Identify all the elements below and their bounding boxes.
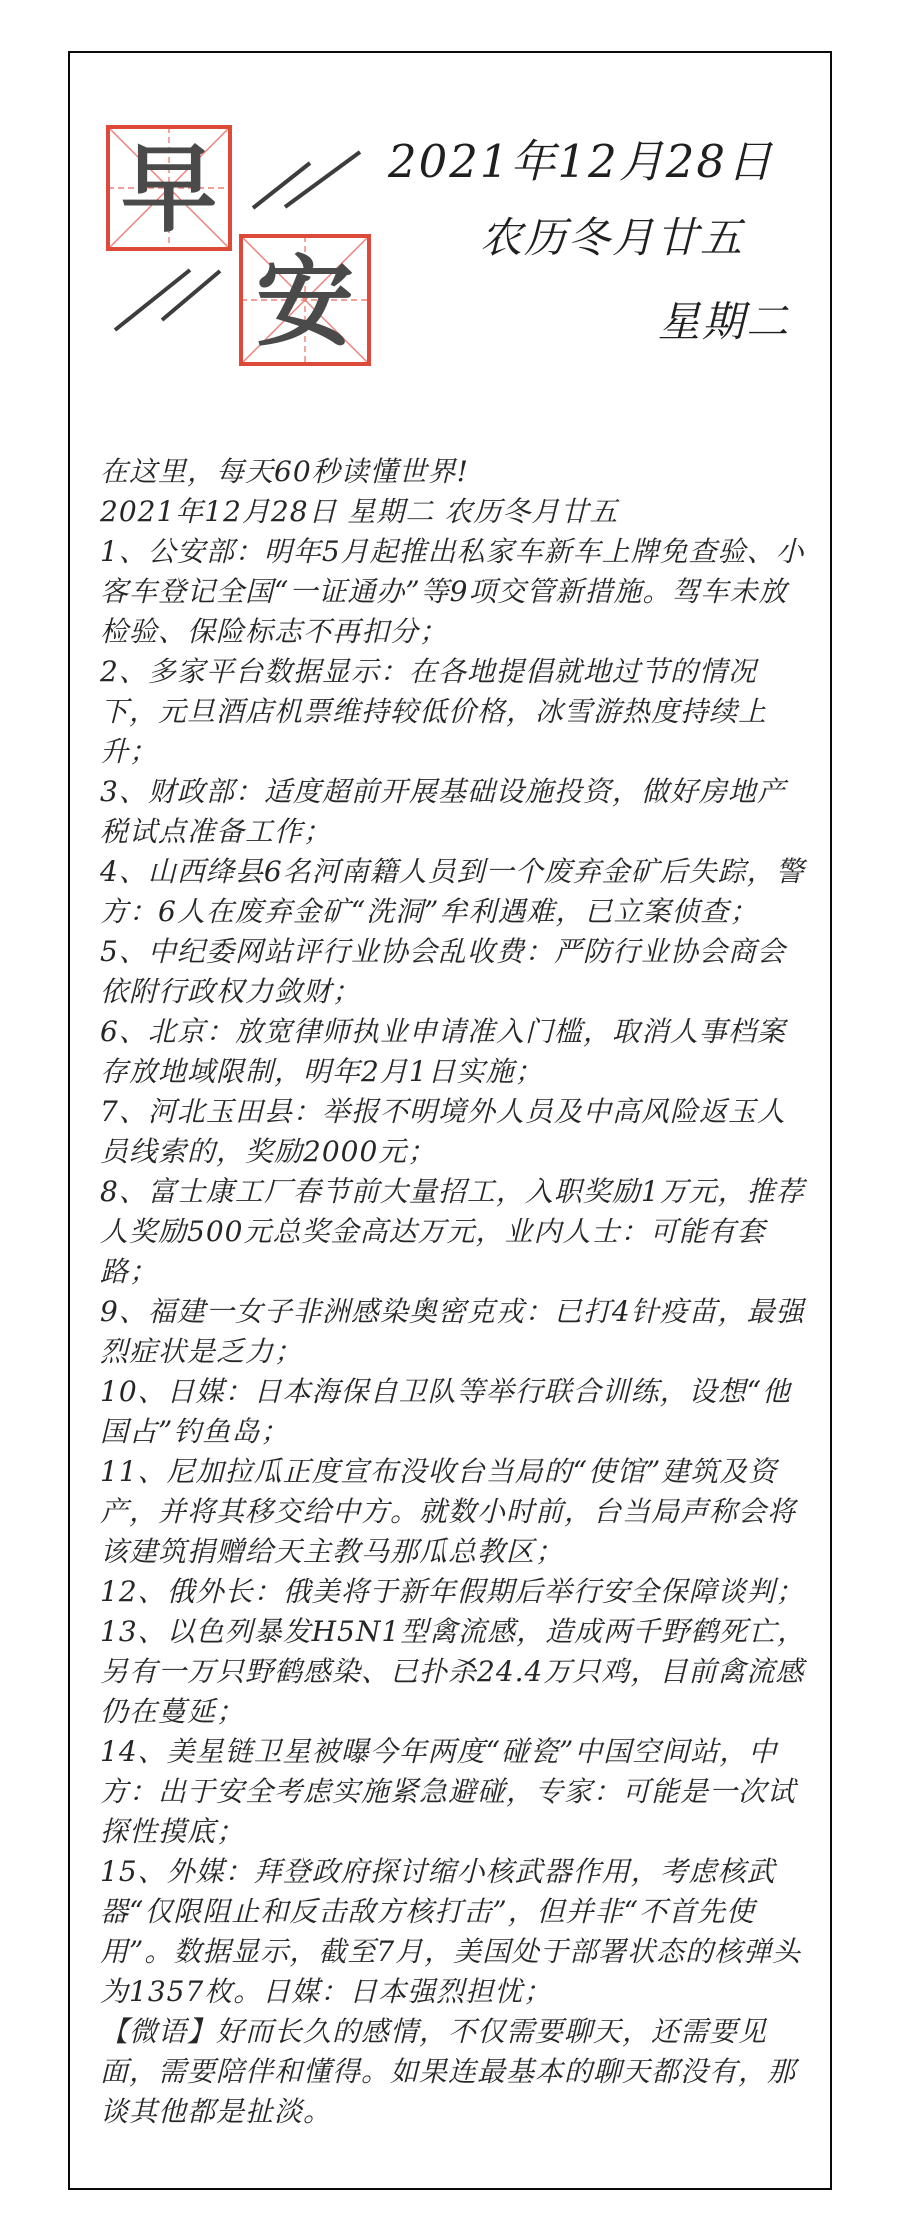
news-item: 12、俄外长：俄美将于新年假期后举行安全保障谈判；: [100, 1572, 812, 1612]
header-date-block: 2021年12月28日 农历冬月廿五 星期二: [300, 128, 792, 364]
news-item: 13、以色列暴发H5N1型禽流感，造成两千野鹤死亡，另有一万只野鹤感染、已扑杀2…: [100, 1612, 812, 1732]
header-lunar-date: 农历冬月廿五: [300, 196, 792, 280]
header-weekday: 星期二: [300, 280, 792, 364]
news-body: 在这里，每天60秒读懂世界! 2021年12月28日 星期二 农历冬月廿五 1、…: [100, 452, 812, 2132]
slash-marks-bottom: [115, 270, 220, 330]
news-item: 1、公安部：明年5月起推出私家车新车上牌免查验、小客车登记全国“一证通办”等9项…: [100, 532, 812, 652]
news-item: 2、多家平台数据显示：在各地提倡就地过节的情况下，元旦酒店机票维持较低价格，冰雪…: [100, 652, 812, 772]
page: 早 安 2021年12月28日 农历: [0, 0, 900, 2240]
body-date-line: 2021年12月28日 星期二 农历冬月廿五: [100, 492, 812, 532]
news-item: 9、福建一女子非洲感染奥密克戎：已打4针疫苗，最强烈症状是乏力；: [100, 1292, 812, 1372]
tianzige-box-zao: 早: [108, 127, 230, 249]
news-item: 15、外媒：拜登政府探讨缩小核武器作用，考虑核武器“仅限阻止和反击敌方核打击”，…: [100, 1852, 812, 2012]
header-date: 2021年12月28日: [300, 128, 792, 196]
news-item: 8、富士康工厂春节前大量招工，入职奖励1万元，推荐人奖励500元总奖金高达万元，…: [100, 1172, 812, 1292]
news-item: 4、山西绛县6名河南籍人员到一个废弃金矿后失踪，警方：6人在废弃金矿“洗洞”牟利…: [100, 852, 812, 932]
zao-character: 早: [121, 137, 217, 244]
news-item: 3、财政部：适度超前开展基础设施投资，做好房地产税试点准备工作；: [100, 772, 812, 852]
intro-line: 在这里，每天60秒读懂世界!: [100, 452, 812, 492]
news-item: 10、日媒：日本海保自卫队等举行联合训练，设想“他国占”钓鱼岛；: [100, 1372, 812, 1452]
weiyu-quote: 【微语】好而长久的感情，不仅需要聊天，还需要见面，需要陪伴和懂得。如果连最基本的…: [100, 2012, 812, 2132]
news-item: 7、河北玉田县：举报不明境外人员及中高风险返玉人员线索的，奖励2000元；: [100, 1092, 812, 1172]
news-item: 5、中纪委网站评行业协会乱收费：严防行业协会商会依附行政权力敛财；: [100, 932, 812, 1012]
news-item: 6、北京：放宽律师执业申请准入门槛，取消人事档案存放地域限制，明年2月1日实施；: [100, 1012, 812, 1092]
news-item: 11、尼加拉瓜正度宣布没收台当局的“使馆”建筑及资产，并将其移交给中方。就数小时…: [100, 1452, 812, 1572]
news-item: 14、美星链卫星被曝今年两度“碰瓷”中国空间站，中方：出于安全考虑实施紧急避碰，…: [100, 1732, 812, 1852]
